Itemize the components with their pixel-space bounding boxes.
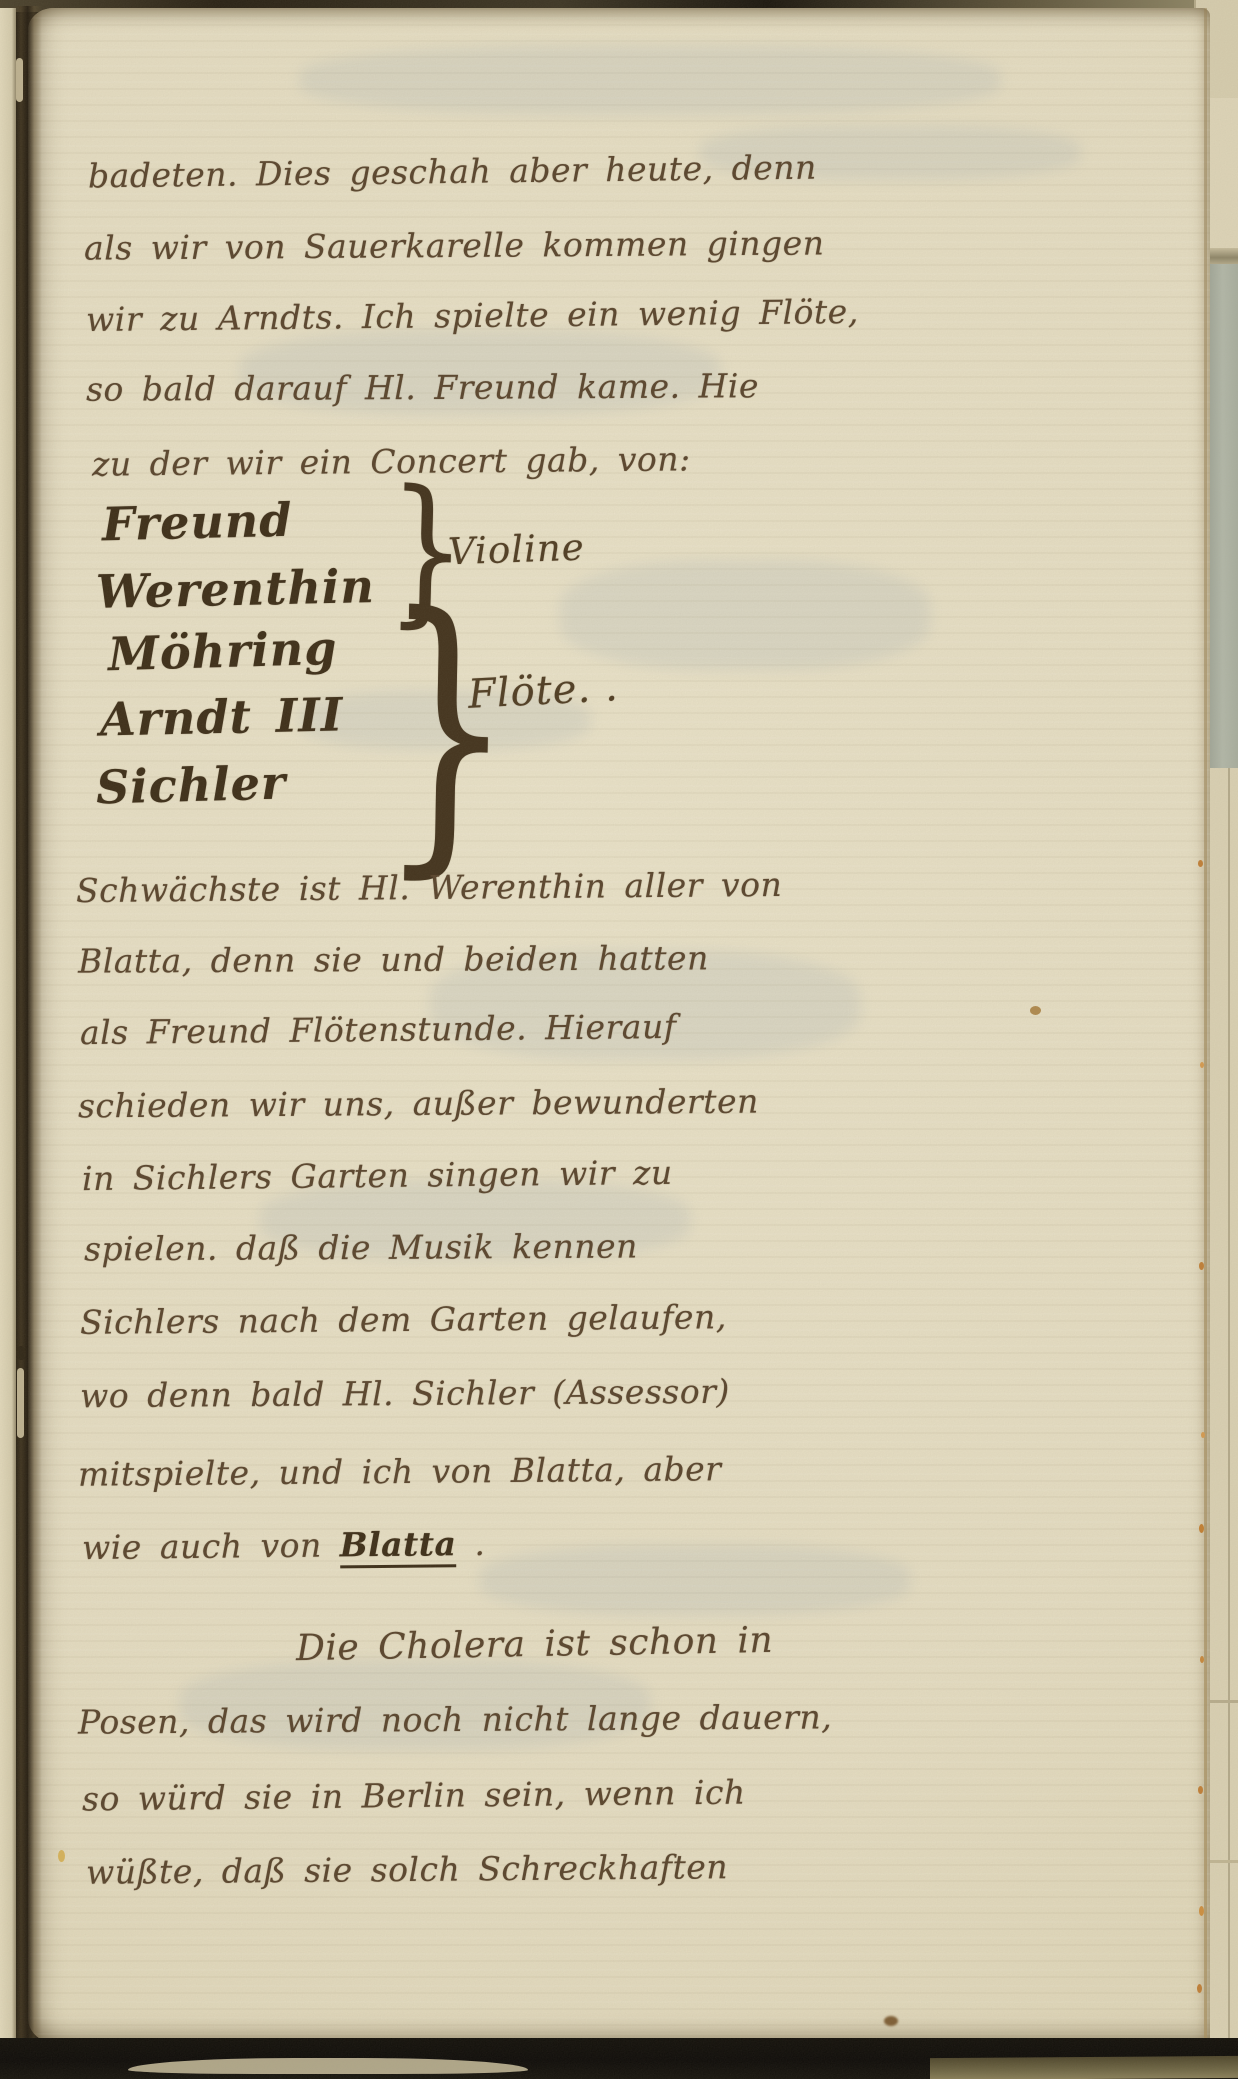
handwritten-line: spielen. daß die Musik kennen — [84, 1227, 638, 1269]
handwritten-line: Sichlers nach dem Garten gelaufen, — [80, 1297, 727, 1342]
handwritten-line: schieden wir uns, außer bewunderten — [78, 1082, 759, 1126]
handwritten-line: Posen, das wird noch nicht lange dauern, — [78, 1697, 832, 1741]
group-label-floete: Flöte. . — [467, 664, 620, 718]
foxing-spot — [884, 2016, 898, 2026]
handwritten-line: wüßte, daß sie solch Schreckhaften — [86, 1847, 728, 1892]
rust-speck — [1201, 1432, 1205, 1438]
page-bottom-edge-highlight — [128, 2058, 528, 2074]
handwritten-line-cholera: Die Cholera ist schon in — [296, 1620, 774, 1669]
binding-groove — [12, 6, 42, 2048]
rust-speck — [1199, 1524, 1204, 1533]
list-name-freund: Freund — [101, 493, 293, 552]
rust-speck — [1198, 1786, 1203, 1794]
ink-showthrough — [560, 560, 930, 670]
rust-speck — [1199, 1262, 1204, 1270]
handwritten-line-blatta: wie auch von Blatta . — [82, 1524, 486, 1567]
binding-knot — [16, 1346, 26, 1360]
binding-stitch — [17, 1368, 24, 1438]
line-suffix: . — [456, 1524, 485, 1563]
handwritten-line: wir zu Arndts. Ich spielte ein wenig Flö… — [86, 292, 859, 339]
binding-stitch — [16, 58, 23, 102]
rust-speck — [1200, 1656, 1204, 1663]
rust-speck — [1198, 860, 1203, 867]
handwritten-line: so würd sie in Berlin sein, wenn ich — [82, 1773, 746, 1819]
handwritten-line: Blatta, denn sie und beiden hatten — [78, 938, 709, 980]
scanned-manuscript-photo: badeten. Dies geschah aber heute, denn a… — [0, 0, 1238, 2079]
grouping-brace-floete: } — [379, 620, 517, 841]
ink-showthrough — [300, 45, 1000, 115]
handwritten-line: als Freund Flötenstunde. Hierauf — [80, 1007, 677, 1052]
ink-showthrough — [480, 1545, 910, 1615]
rust-speck — [1199, 1906, 1204, 1916]
foxing-spot — [1030, 1006, 1041, 1015]
rust-speck — [1197, 1984, 1202, 1993]
list-name-werenthin: Werenthin — [95, 559, 375, 619]
foxing-spot — [58, 1850, 65, 1862]
list-name-moehring: Möhring — [107, 621, 338, 681]
handwritten-line: als wir von Sauerkarelle kommen gingen — [84, 223, 825, 267]
list-name-arndt: Arndt III — [99, 687, 343, 746]
handwritten-line: so bald darauf Hl. Freund kame. Hie — [86, 366, 759, 409]
handwritten-line: mitspielte, und ich von Blatta, aber — [78, 1449, 722, 1494]
line-prefix: wie auch von — [82, 1525, 340, 1567]
page-right-edge — [1204, 8, 1207, 2044]
handwritten-line: in Sichlers Garten singen wir zu — [82, 1153, 673, 1198]
underpage-edge-line — [1228, 768, 1230, 2044]
underlined-word-blatta: Blatta — [340, 1524, 457, 1568]
book-bottom-board — [930, 2056, 1238, 2079]
list-name-sichler: Sichler — [95, 756, 286, 815]
handwritten-line: wo denn bald Hl. Sichler (Assessor) — [80, 1372, 730, 1416]
rust-speck — [1200, 1062, 1204, 1068]
handwritten-line: Schwächste ist Hl. Werenthin aller von — [76, 865, 783, 910]
